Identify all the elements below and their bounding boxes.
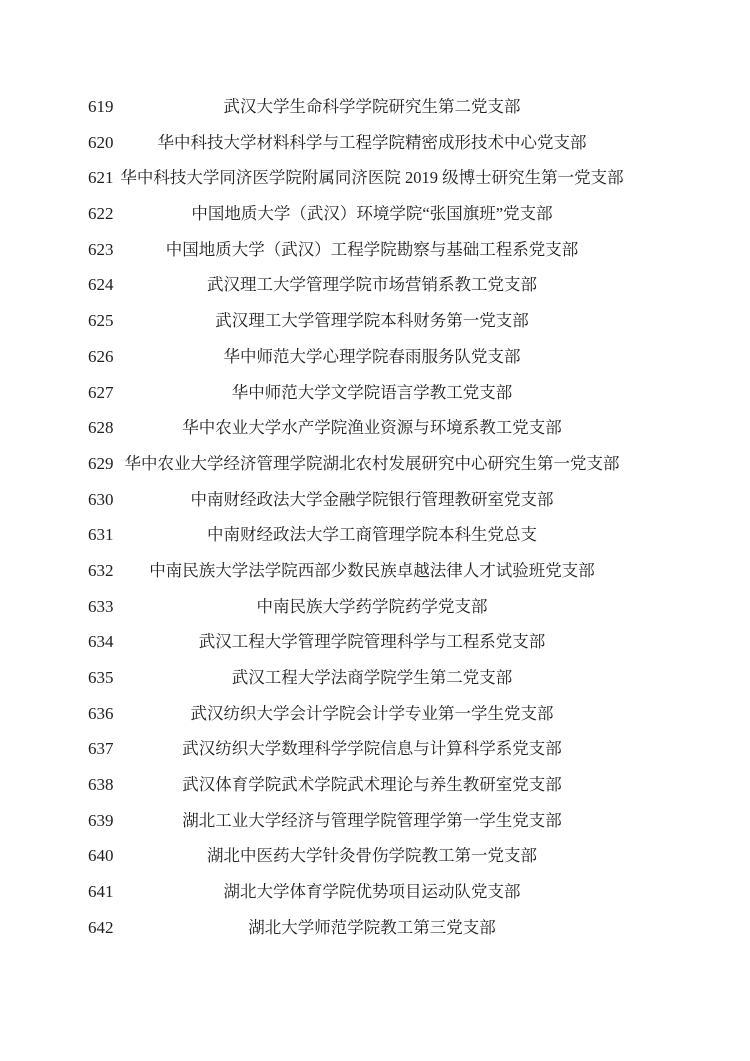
- row-name: 武汉大学生命科学学院研究生第二党支部: [0, 89, 744, 125]
- table-row: 625 武汉理工大学管理学院本科财务第一党支部: [0, 303, 750, 339]
- row-name: 中南财经政法大学金融学院银行管理教研室党支部: [0, 482, 744, 518]
- table-row: 627 华中师范大学文学院语言学教工党支部: [0, 375, 750, 411]
- table-row: 634 武汉工程大学管理学院管理科学与工程系党支部: [0, 624, 750, 660]
- table-row: 622 中国地质大学（武汉）环境学院“张国旗班”党支部: [0, 196, 750, 232]
- table-row: 620 华中科技大学材料科学与工程学院精密成形技术中心党支部: [0, 125, 750, 161]
- row-name: 华中科技大学材料科学与工程学院精密成形技术中心党支部: [0, 125, 744, 161]
- row-name: 中国地质大学（武汉）工程学院勘察与基础工程系党支部: [0, 232, 744, 268]
- document-page: 619 武汉大学生命科学学院研究生第二党支部 620 华中科技大学材料科学与工程…: [0, 0, 750, 1061]
- row-name: 武汉工程大学管理学院管理科学与工程系党支部: [0, 624, 744, 660]
- table-row: 630 中南财经政法大学金融学院银行管理教研室党支部: [0, 482, 750, 518]
- table-row: 631 中南财经政法大学工商管理学院本科生党总支: [0, 517, 750, 553]
- row-name: 武汉纺织大学数理科学学院信息与计算科学系党支部: [0, 731, 744, 767]
- table-row: 633 中南民族大学药学院药学党支部: [0, 589, 750, 625]
- table-row: 628 华中农业大学水产学院渔业资源与环境系教工党支部: [0, 410, 750, 446]
- table-row: 619 武汉大学生命科学学院研究生第二党支部: [0, 89, 750, 125]
- table-row: 637 武汉纺织大学数理科学学院信息与计算科学系党支部: [0, 731, 750, 767]
- table-row: 639 湖北工业大学经济与管理学院管理学第一学生党支部: [0, 803, 750, 839]
- row-name: 华中师范大学心理学院春雨服务队党支部: [0, 339, 744, 375]
- table-row: 636 武汉纺织大学会计学院会计学专业第一学生党支部: [0, 696, 750, 732]
- table-row: 629 华中农业大学经济管理学院湖北农村发展研究中心研究生第一党支部: [0, 446, 750, 482]
- table-row: 641 湖北大学体育学院优势项目运动队党支部: [0, 874, 750, 910]
- table-row: 642 湖北大学师范学院教工第三党支部: [0, 910, 750, 946]
- table-row: 632 中南民族大学法学院西部少数民族卓越法律人才试验班党支部: [0, 553, 750, 589]
- table-row: 624 武汉理工大学管理学院市场营销系教工党支部: [0, 267, 750, 303]
- row-name: 武汉体育学院武术学院武术理论与养生教研室党支部: [0, 767, 744, 803]
- row-name: 武汉纺织大学会计学院会计学专业第一学生党支部: [0, 696, 744, 732]
- row-name: 华中农业大学水产学院渔业资源与环境系教工党支部: [0, 410, 744, 446]
- table-row: 638 武汉体育学院武术学院武术理论与养生教研室党支部: [0, 767, 750, 803]
- table-row: 640 湖北中医药大学针灸骨伤学院教工第一党支部: [0, 838, 750, 874]
- table-row: 621 华中科技大学同济医学院附属同济医院 2019 级博士研究生第一党支部: [0, 160, 750, 196]
- row-name: 湖北工业大学经济与管理学院管理学第一学生党支部: [0, 803, 744, 839]
- row-name: 中国地质大学（武汉）环境学院“张国旗班”党支部: [0, 196, 744, 232]
- row-name: 华中农业大学经济管理学院湖北农村发展研究中心研究生第一党支部: [0, 446, 744, 482]
- row-name: 中南民族大学法学院西部少数民族卓越法律人才试验班党支部: [0, 553, 744, 589]
- branch-list: 619 武汉大学生命科学学院研究生第二党支部 620 华中科技大学材料科学与工程…: [0, 89, 750, 946]
- row-name: 华中师范大学文学院语言学教工党支部: [0, 375, 744, 411]
- table-row: 623 中国地质大学（武汉）工程学院勘察与基础工程系党支部: [0, 232, 750, 268]
- row-name: 武汉理工大学管理学院市场营销系教工党支部: [0, 267, 744, 303]
- table-row: 626 华中师范大学心理学院春雨服务队党支部: [0, 339, 750, 375]
- table-row: 635 武汉工程大学法商学院学生第二党支部: [0, 660, 750, 696]
- row-name: 武汉工程大学法商学院学生第二党支部: [0, 660, 744, 696]
- row-name: 中南民族大学药学院药学党支部: [0, 589, 744, 625]
- row-name: 华中科技大学同济医学院附属同济医院 2019 级博士研究生第一党支部: [0, 160, 744, 196]
- row-name: 湖北大学体育学院优势项目运动队党支部: [0, 874, 744, 910]
- row-name: 湖北大学师范学院教工第三党支部: [0, 910, 744, 946]
- row-name: 武汉理工大学管理学院本科财务第一党支部: [0, 303, 744, 339]
- row-name: 湖北中医药大学针灸骨伤学院教工第一党支部: [0, 838, 744, 874]
- row-name: 中南财经政法大学工商管理学院本科生党总支: [0, 517, 744, 553]
